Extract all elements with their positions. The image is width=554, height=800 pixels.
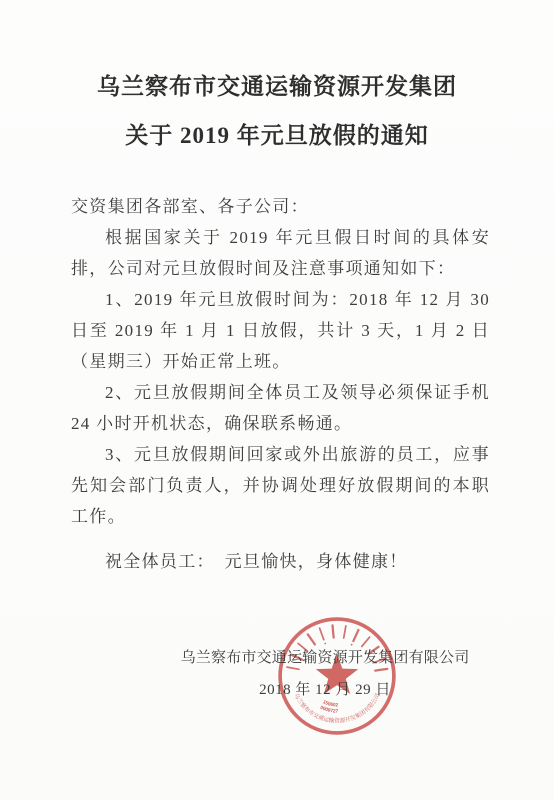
paragraph-intro: 根据国家关于 2019 年元旦假日时间的具体安排，公司对元旦放假时间及注意事项通… xyxy=(71,222,490,284)
document-body: 交资集团各部室、各子公司： 根据国家关于 2019 年元旦假日时间的具体安排，公… xyxy=(71,191,490,577)
paragraph-item-1: 1、2019 年元旦放假时间为：2018 年 12 月 30 日至 2019 年… xyxy=(71,284,490,377)
document-title-company: 乌兰察布市交通运输资源开发集团 xyxy=(0,68,554,101)
signature-block: 乌兰察布市交通运输资源开发集团有限公司 2018 年 12 月 29 日 xyxy=(168,646,482,699)
paragraph-item-2: 2、元旦放假期间全体员工及领导必须保证手机 24 小时开机状态，确保联系畅通。 xyxy=(71,377,490,439)
salutation-line: 交资集团各部室、各子公司： xyxy=(71,191,490,222)
closing-wish-line: 祝全体员工： 元旦愉快，身体健康！ xyxy=(71,546,490,577)
notice-document-page: 乌兰察布市交通运输资源开发集团 关于 2019 年元旦放假的通知 交资集团各部室… xyxy=(0,0,554,800)
paragraph-item-3: 3、元旦放假期间回家或外出旅游的员工，应事先知会部门负责人，并协调处理好放假期间… xyxy=(71,439,490,532)
signature-company-name: 乌兰察布市交通运输资源开发集团有限公司 xyxy=(168,646,482,667)
signature-date: 2018 年 12 月 29 日 xyxy=(168,678,482,699)
document-title-subject: 关于 2019 年元旦放假的通知 xyxy=(0,117,554,150)
